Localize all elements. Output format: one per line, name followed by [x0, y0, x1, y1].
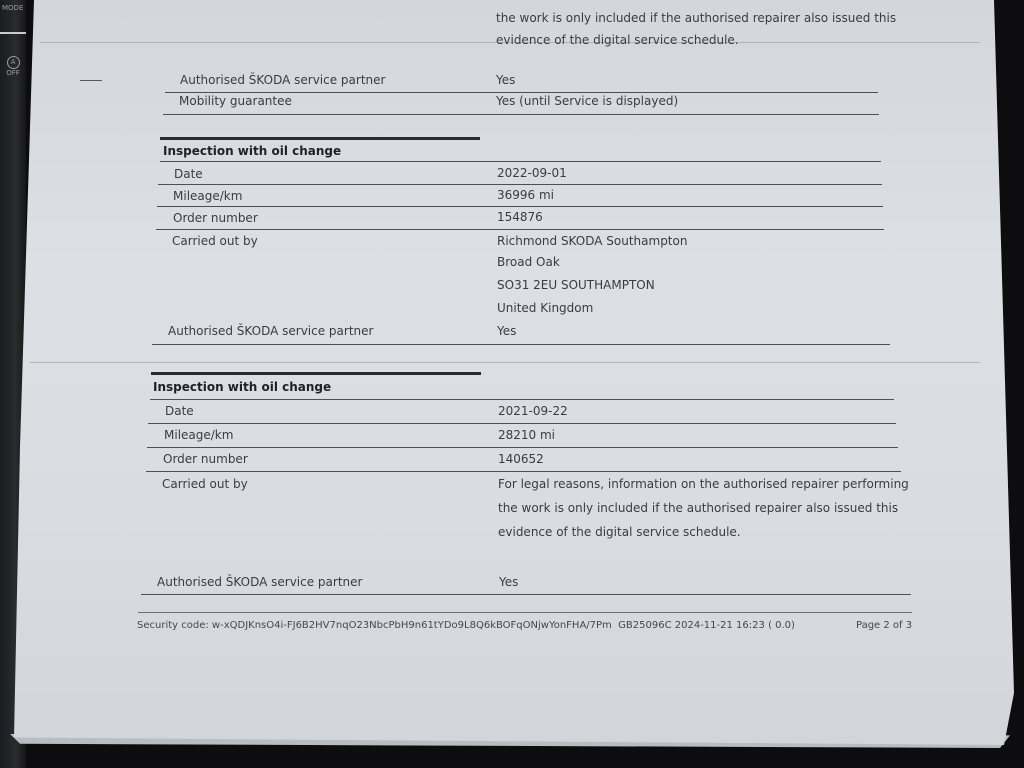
- mileage-label: Mileage/km: [164, 428, 233, 442]
- legal-notice-line: the work is only included if the authori…: [498, 501, 898, 515]
- row-divider: [163, 114, 879, 115]
- document-content: the work is only included if the authori…: [0, 0, 1024, 768]
- partner-label: Authorised ŠKODA service partner: [157, 575, 362, 589]
- row-divider: [156, 229, 884, 230]
- dealer-name: Richmond SKODA Southampton: [497, 234, 687, 248]
- row-divider: [165, 92, 878, 93]
- section-heading: Inspection with oil change: [153, 380, 331, 394]
- row-value: Yes: [496, 73, 515, 87]
- service-date: 2021-09-22: [498, 404, 568, 418]
- margin-mark: [80, 80, 102, 81]
- legal-notice-line: For legal reasons, information on the au…: [498, 477, 909, 491]
- security-code-line: Security code: w-xQDJKnsO4i-FJ6B2HV7nqO2…: [137, 620, 795, 631]
- row-divider: [146, 471, 901, 472]
- order-number-value: 140652: [498, 452, 544, 466]
- row-divider: [160, 161, 881, 162]
- mileage-label: Mileage/km: [173, 189, 242, 203]
- section-top-rule: [160, 137, 480, 140]
- continuation-text-line: evidence of the digital service schedule…: [496, 33, 739, 47]
- order-number-label: Order number: [173, 211, 258, 225]
- row-divider: [158, 184, 882, 185]
- carried-out-label: Carried out by: [162, 477, 248, 491]
- document-version: ( 0.0): [768, 620, 795, 631]
- mileage-value: 36996 mi: [497, 188, 554, 202]
- row-divider: [157, 206, 883, 207]
- date-label: Date: [165, 404, 194, 418]
- security-code: w-xQDJKnsO4i-FJ6B2HV7nqO23NbcPbH9n61tYDo…: [212, 620, 612, 631]
- document-reference: GB25096C: [618, 620, 671, 631]
- mileage-value: 28210 mi: [498, 428, 555, 442]
- legal-notice-line: evidence of the digital service schedule…: [498, 525, 741, 539]
- print-timestamp: 2024-11-21 16:23: [675, 620, 765, 631]
- partner-label: Authorised ŠKODA service partner: [168, 324, 373, 338]
- dealer-postcode-city: SO31 2EU SOUTHAMPTON: [497, 278, 655, 292]
- row-divider: [141, 594, 911, 595]
- row-divider: [148, 423, 896, 424]
- dealer-country: United Kingdom: [497, 301, 593, 315]
- section-top-rule: [151, 372, 481, 375]
- date-label: Date: [174, 167, 203, 181]
- carried-out-label: Carried out by: [172, 234, 258, 248]
- footer-rule: [138, 612, 912, 613]
- row-divider: [150, 399, 894, 400]
- service-date: 2022-09-01: [497, 166, 567, 180]
- partner-value: Yes: [497, 324, 516, 338]
- row-divider: [147, 447, 898, 448]
- continuation-text-line: the work is only included if the authori…: [496, 11, 896, 25]
- partner-value: Yes: [499, 575, 518, 589]
- section-heading: Inspection with oil change: [163, 144, 341, 158]
- page-number: Page 2 of 3: [856, 620, 912, 631]
- row-label: Authorised ŠKODA service partner: [180, 73, 385, 87]
- order-number-label: Order number: [163, 452, 248, 466]
- order-number-value: 154876: [497, 210, 543, 224]
- row-value: Yes (until Service is displayed): [496, 94, 678, 108]
- dealer-address-line: Broad Oak: [497, 255, 560, 269]
- security-code-label: Security code:: [137, 620, 209, 631]
- row-divider: [152, 344, 890, 345]
- row-label: Mobility guarantee: [179, 94, 292, 108]
